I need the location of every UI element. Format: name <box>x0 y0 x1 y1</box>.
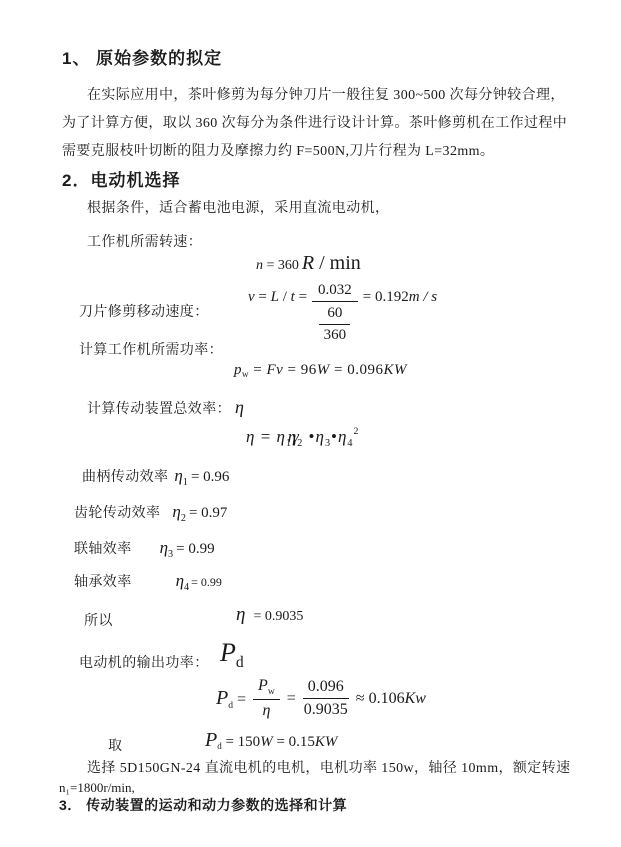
pd-formula-lhs: Pd = <box>216 687 246 710</box>
fraction-numerator: 0.032 <box>312 280 358 302</box>
paragraph-line-3: 需要克服枝叶切断的阻力及摩擦力约 F=500N,刀片行程为 L=32mm。 <box>62 140 494 160</box>
efficiency-label: 计算传动装置总效率： <box>87 402 231 417</box>
speed-formula-lhs: n = 360 <box>256 258 299 274</box>
fraction-numerator: 0.096 <box>303 677 349 699</box>
efficiency-row-gear: 齿轮传动效率 η2 = 0.97 <box>74 502 227 522</box>
efficiency-row-value: = 0.96 <box>191 469 229 486</box>
speed-formula: n = 360 R / min <box>256 252 361 275</box>
blade-formula-lhs: v = L / t = <box>248 280 307 306</box>
efficiency-row-label: 联轴效率 <box>74 538 132 558</box>
total-efficiency-value: η = 0.9035 <box>236 604 303 626</box>
paragraph-line-1: 在实际应用中，茶叶修剪为每分钟刀片一般往复 300~500 次每分钟较合理， <box>87 84 565 104</box>
efficiency-row-symbol: η1 <box>174 466 188 486</box>
efficiency-row-value: = 0.97 <box>189 505 227 522</box>
equals-sign: = <box>287 690 296 708</box>
fraction-denominator: η <box>262 700 270 721</box>
blade-formula-rhs: = 0.192m / s <box>363 280 437 306</box>
blade-formula-fraction: 0.032 60 360 <box>312 280 358 345</box>
efficiency-row-value: = 0.99 <box>191 575 222 590</box>
efficiency-row-symbol: η3 <box>160 538 174 558</box>
numeric-fraction: 0.096 0.9035 <box>303 677 349 720</box>
intro-line: 根据条件，适合蓄电池电源，采用直流电动机， <box>87 197 389 217</box>
efficiency-formula: η = η1γη2 •η3•η42 <box>246 427 359 447</box>
efficiency-row-value: = 0.99 <box>176 541 214 558</box>
pw-over-eta-fraction: Pw η <box>253 676 280 721</box>
pd-formula: Pd = Pw η = 0.096 0.9035 ≈ 0.106Kw <box>213 676 429 721</box>
take-formula: Pd = 150W = 0.15KW <box>205 729 337 752</box>
motor-select-line: 选择 5D150GN-24 直流电机的电机，电机功率 150w，轴径 10mm，… <box>87 757 570 777</box>
rated-speed-line: n₁=1800r/min, <box>59 780 135 796</box>
so-label: 所以 <box>84 610 113 630</box>
efficiency-row-label: 轴承效率 <box>74 571 132 591</box>
inner-fraction-numerator: 60 <box>319 304 350 325</box>
efficiency-label-row: 计算传动装置总效率： η <box>87 397 244 418</box>
inner-fraction-denominator: 360 <box>324 325 347 345</box>
section-2-heading: 2．电动机选择 <box>62 166 180 191</box>
efficiency-row-label: 曲柄传动效率 <box>82 466 168 486</box>
paragraph-line-2: 为了计算方便，取以 360 次每分为条件进行设计计算。茶叶修剪机在工作过程中 <box>62 112 567 132</box>
section-1-heading: 1、 原始参数的拟定 <box>62 44 222 69</box>
power-formula: pw = Fv = 96W = 0.096KW <box>234 362 407 379</box>
fraction-denominator: 0.9035 <box>304 699 348 720</box>
motor-output-symbol: Pd <box>220 638 244 668</box>
efficiency-row-bearing: 轴承效率 η4 = 0.99 <box>74 571 222 591</box>
motor-output-label: 电动机的输出功率： <box>79 652 209 672</box>
take-label: 取 <box>108 735 122 755</box>
inner-fraction: 60 360 <box>319 302 350 345</box>
efficiency-row-symbol: η2 <box>172 502 186 522</box>
efficiency-row-crank: 曲柄传动效率 η1 = 0.96 <box>82 466 229 486</box>
fraction-numerator: Pw <box>253 676 280 700</box>
speed-formula-rhs: R / min <box>302 252 361 275</box>
blade-speed-label: 刀片修剪移动速度： <box>79 301 209 321</box>
eta-symbol: η <box>236 604 245 626</box>
speed-label: 工作机所需转速： <box>87 231 202 251</box>
section-3-heading: 3． 传动装置的运动和动力参数的选择和计算 <box>59 795 347 815</box>
eta-value: = 0.9035 <box>253 609 303 625</box>
efficiency-row-label: 齿轮传动效率 <box>74 502 160 522</box>
efficiency-symbol: η <box>235 397 244 417</box>
efficiency-row-coupling: 联轴效率 η3 = 0.99 <box>74 538 215 558</box>
power-label: 计算工作机所需功率： <box>79 339 223 359</box>
efficiency-row-symbol: η4 <box>176 571 190 591</box>
pd-formula-rhs: ≈ 0.106Kw <box>356 690 426 708</box>
blade-speed-formula: v = L / t = 0.032 60 360 = 0.192m / s <box>248 280 437 345</box>
document-page: 1、 原始参数的拟定 在实际应用中，茶叶修剪为每分钟刀片一般往复 300~500… <box>0 0 621 847</box>
